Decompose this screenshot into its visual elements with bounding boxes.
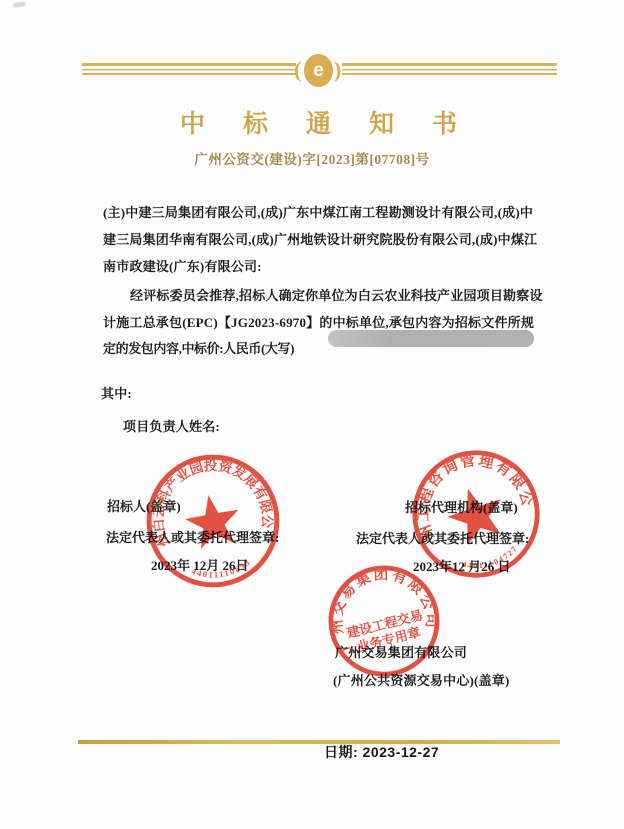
body-line: 定的发包内容,中标价:人民币(大写) [103, 338, 294, 357]
bidder-stamp-serial: 44011110653 [189, 556, 255, 585]
redacted-amount-block [328, 330, 534, 347]
scan-artifact [13, 1, 27, 8]
svg-text:广州工程咨询管理有限公司: 广州工程咨询管理有限公司 [388, 428, 537, 547]
body-line: (主)中建三局集团有限公司,(成)广东中煤江南工程勘测设计有限公司,(成)中 [103, 202, 533, 221]
body-line: 建三局集团华南有限公司,(成)广州地铁设计研究院股份有限公司,(成)中煤江 [103, 229, 537, 248]
e-medallion-icon: e [304, 54, 333, 87]
footer-gold-rule [78, 740, 560, 744]
gold-divider-right [342, 63, 557, 75]
issue-date: 日期: 2023-12-27 [324, 742, 439, 762]
document-number: 广州公资交(建设)字[2023]第[07708]号 [0, 148, 624, 168]
stamp-star-icon [182, 490, 244, 550]
among-label: 其中: [101, 383, 132, 402]
medallion-left-bracket: ( [294, 57, 301, 83]
agency-stamp-ring-text: 广州工程咨询管理有限公司 [388, 428, 537, 547]
gold-divider-left [82, 63, 296, 75]
page-title: 中标通知书 [180, 104, 495, 140]
body-line: 计施工总承包(EPC)【JG2023-6970】的中标单位,承包内容为招标文件所… [103, 312, 534, 331]
svg-text:44011110653: 44011110653 [189, 556, 255, 585]
award-notice-page: ( ) e 中标通知书 广州公资交(建设)字[2023]第[07708]号 (主… [0, 0, 624, 829]
medallion-right-bracket: ) [334, 57, 341, 83]
bidder-company-stamp-icon: 广州白云科产业园投资发展有限公司 44011110653 [131, 439, 296, 604]
project-manager-label: 项目负责人姓名: [123, 416, 220, 435]
body-line: 南市政建设(广东)有限公司: [103, 256, 262, 275]
stamp-star-icon [441, 480, 511, 548]
body-line: 经评标委员会推荐,招标人确定你单位为白云农业科技产业园项目勘察设 [130, 285, 543, 304]
medallion-letter: e [313, 61, 324, 80]
